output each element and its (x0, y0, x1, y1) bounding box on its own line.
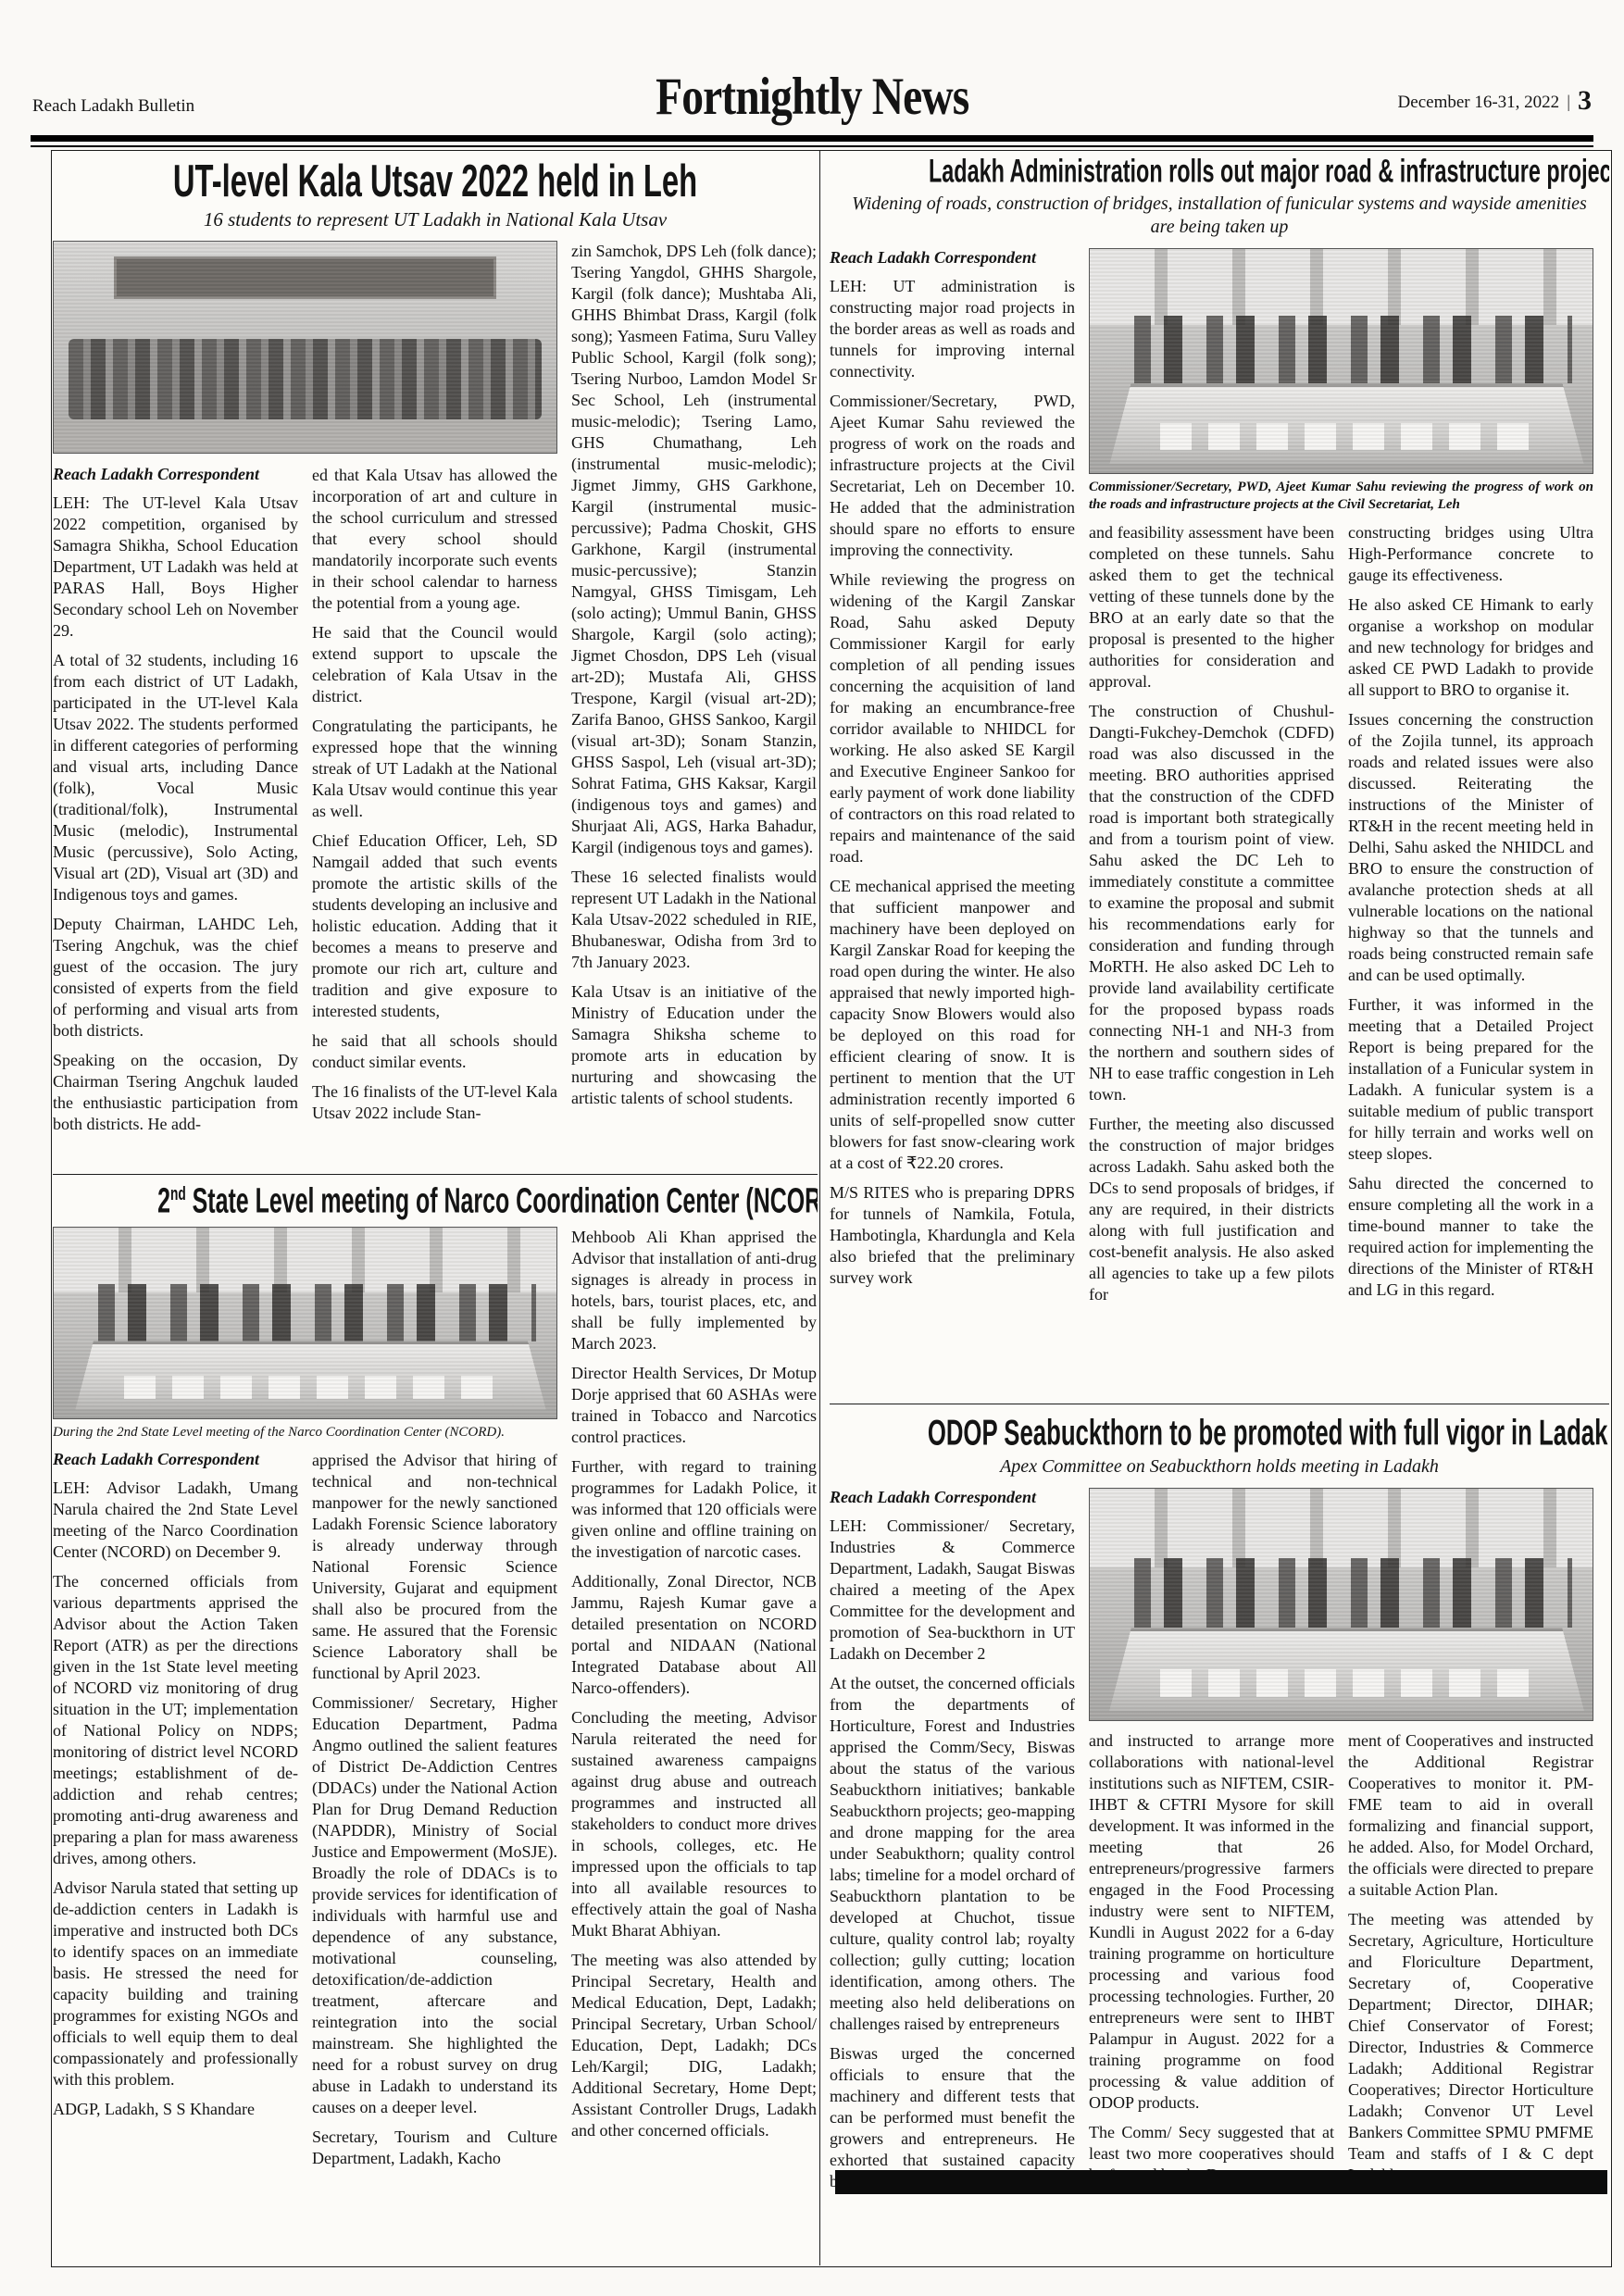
photo-grain (1090, 249, 1593, 473)
text-column-2: ed that Kala Utsav has allowed the incor… (312, 465, 557, 1143)
paragraph: ed that Kala Utsav has allowed the incor… (312, 465, 557, 614)
paragraph: Kala Utsav is an initiative of the Minis… (571, 981, 817, 1109)
paragraph: constructing bridges using Ultra High-Pe… (1348, 522, 1593, 586)
page-number: 3 (1578, 85, 1592, 116)
column-paragraphs: LEH: Advisor Ladakh, Umang Narula chaire… (53, 1478, 298, 2120)
paragraph: he said that all schools should conduct … (312, 1030, 557, 1073)
paragraph: zin Samchok, DPS Leh (folk dance); Tseri… (571, 241, 817, 858)
byline: Reach Ladakh Correspondent (830, 1488, 1075, 1507)
article-kala-utsav: UT-level Kala Utsav 2022 held in Leh 16 … (53, 152, 818, 1174)
review-meeting-photo (1089, 248, 1593, 474)
paragraph: Further, the meeting also discussed the … (1089, 1114, 1334, 1305)
paragraph: Concluding the meeting, Advisor Narula r… (571, 1707, 817, 1941)
paragraph: Speaking on the occasion, Dy Chairman Ts… (53, 1050, 298, 1135)
paragraph: and instructed to arrange more collabora… (1089, 1730, 1334, 2114)
paragraph: Commissioner/Secretary, PWD, Ajeet Kumar… (830, 391, 1075, 561)
paragraph: LEH: The UT-level Kala Utsav 2022 compet… (53, 493, 298, 642)
column-divider (819, 150, 820, 2265)
text-column-3: constructing bridges using Ultra High-Pe… (1348, 522, 1593, 1314)
paragraph: The meeting was attended by Secretary, A… (1348, 1909, 1593, 2186)
masthead: Reach Ladakh Bulletin Fortnightly News D… (31, 48, 1593, 126)
bottom-rule-bar (835, 2170, 1607, 2194)
paragraph: A total of 32 students, including 16 fro… (53, 650, 298, 905)
paragraph: Issues concerning the construction of th… (1348, 709, 1593, 986)
column-paragraphs: LEH: UT administration is constructing m… (830, 276, 1075, 1289)
paragraph: Further, with regard to training program… (571, 1456, 817, 1563)
issue-date-pageno: December 16-31, 2022|3 (1398, 85, 1592, 117)
apex-committee-photo (1089, 1488, 1593, 1721)
article-title: 2nd State Level meeting of Narco Coordin… (53, 1186, 818, 1217)
article-subtitle: Apex Committee on Seabuckthorn holds mee… (843, 1455, 1596, 1479)
paragraph: He said that the Council would extend su… (312, 622, 557, 707)
photo-grain (54, 242, 556, 453)
text-column-1: Reach Ladakh Correspondent LEH: UT admin… (830, 248, 1075, 1314)
paragraph: Additionally, Zonal Director, NCB Jammu,… (571, 1571, 817, 1699)
newspaper-page: { "masthead": { "publication": "Reach La… (0, 0, 1624, 2296)
paragraph: These 16 selected finalists would repres… (571, 867, 817, 973)
article-odop-seabuckthorn: ODOP Seabuckthorn to be promoted with fu… (830, 1404, 1609, 2268)
text-column-2: and feasibility assessment have been com… (1089, 522, 1334, 1314)
text-column-3: ment of Cooperatives and instructed the … (1348, 1730, 1593, 2201)
byline: Reach Ladakh Correspondent (830, 248, 1075, 268)
ncord-meeting-photo (53, 1227, 557, 1419)
paragraph: He also asked CE Himank to early organis… (1348, 594, 1593, 701)
paragraph: LEH: Commissioner/ Secretary, Industries… (830, 1516, 1075, 1665)
issue-date: December 16-31, 2022 (1398, 93, 1560, 112)
paragraph: and feasibility assessment have been com… (1089, 522, 1334, 693)
text-column-3: zin Samchok, DPS Leh (folk dance); Tseri… (571, 241, 817, 1143)
paragraph: Director Health Services, Dr Motup Dorje… (571, 1363, 817, 1448)
paragraph: Commissioner/ Secretary, Higher Educatio… (312, 1692, 557, 2118)
paragraph: M/S RITES who is preparing DPRS for tunn… (830, 1182, 1075, 1289)
paragraph: Mehboob Ali Khan apprised the Advisor th… (571, 1227, 817, 1354)
photo-caption: During the 2nd State Level meeting of th… (53, 1424, 557, 1441)
paragraph: Deputy Chairman, LAHDC Leh, Tsering Angc… (53, 914, 298, 1042)
paragraph: While reviewing the progress on widening… (830, 569, 1075, 867)
paragraph: The construction of Chushul-Dangti-Fukch… (1089, 701, 1334, 1105)
text-column-1: Reach Ladakh Correspondent LEH: The UT-l… (53, 465, 298, 1143)
newspaper-title: Fortnightly News (31, 69, 1593, 126)
separator: | (1567, 93, 1570, 112)
photo-caption: Commissioner/Secretary, PWD, Ajeet Kumar… (1089, 479, 1593, 514)
paragraph: Further, it was informed in the meeting … (1348, 994, 1593, 1165)
column-paragraphs: LEH: Commissioner/ Secretary, Industries… (830, 1516, 1075, 2192)
masthead-rule (31, 135, 1593, 147)
paragraph: Chief Education Officer, Leh, SD Namgail… (312, 830, 557, 1022)
paragraph: apprised the Advisor that hiring of tech… (312, 1450, 557, 1684)
text-column-2: and instructed to arrange more collabora… (1089, 1730, 1334, 2201)
paragraph: The concerned officials from various dep… (53, 1571, 298, 1869)
article-title: UT-level Kala Utsav 2022 held in Leh (53, 161, 818, 202)
photo-grain (1090, 1489, 1593, 1720)
paragraph: The meeting was also attended by Princip… (571, 1950, 817, 2141)
article-title: Ladakh Administration rolls out major ro… (830, 157, 1609, 187)
kala-utsav-group-photo (53, 241, 557, 454)
byline: Reach Ladakh Correspondent (53, 465, 298, 484)
paragraph: Sahu directed the concerned to ensure co… (1348, 1173, 1593, 1301)
text-column-1: Reach Ladakh Correspondent LEH: Advisor … (53, 1450, 298, 2177)
column-paragraphs: LEH: The UT-level Kala Utsav 2022 compet… (53, 493, 298, 1135)
paragraph: CE mechanical apprised the meeting that … (830, 876, 1075, 1174)
paragraph: ADGP, Ladakh, S S Khandare (53, 2099, 298, 2120)
paragraph: LEH: UT administration is constructing m… (830, 276, 1075, 382)
paragraph: ment of Cooperatives and instructed the … (1348, 1730, 1593, 1901)
text-column-1: Reach Ladakh Correspondent LEH: Commissi… (830, 1488, 1075, 2201)
text-column-3: Mehboob Ali Khan apprised the Advisor th… (571, 1227, 817, 2177)
ordinal-superscript: nd (170, 1182, 186, 1204)
paragraph: Congratulating the participants, he expr… (312, 716, 557, 822)
article-road-projects: Ladakh Administration rolls out major ro… (830, 152, 1609, 1404)
article-subtitle: Widening of roads, construction of bridg… (843, 193, 1596, 239)
article-subtitle: 16 students to represent UT Ladakh in Na… (66, 207, 805, 231)
paragraph: At the outset, the concerned officials f… (830, 1673, 1075, 2035)
article-ncord-meeting: 2nd State Level meeting of Narco Coordin… (53, 1174, 818, 2268)
byline: Reach Ladakh Correspondent (53, 1450, 298, 1469)
meeting-photo-figure: Commissioner/Secretary, PWD, Ajeet Kumar… (1089, 248, 1593, 522)
paragraph: LEH: Advisor Ladakh, Umang Narula chaire… (53, 1478, 298, 1563)
photo-grain (54, 1228, 556, 1418)
paragraph: Advisor Narula stated that setting up de… (53, 1878, 298, 2090)
paragraph: The 16 finalists of the UT-level Kala Ut… (312, 1081, 557, 1124)
text-column-2: apprised the Advisor that hiring of tech… (312, 1450, 557, 2177)
paragraph: Secretary, Tourism and Culture Departmen… (312, 2127, 557, 2169)
article-title: ODOP Seabuckthorn to be promoted with fu… (830, 1417, 1609, 1450)
